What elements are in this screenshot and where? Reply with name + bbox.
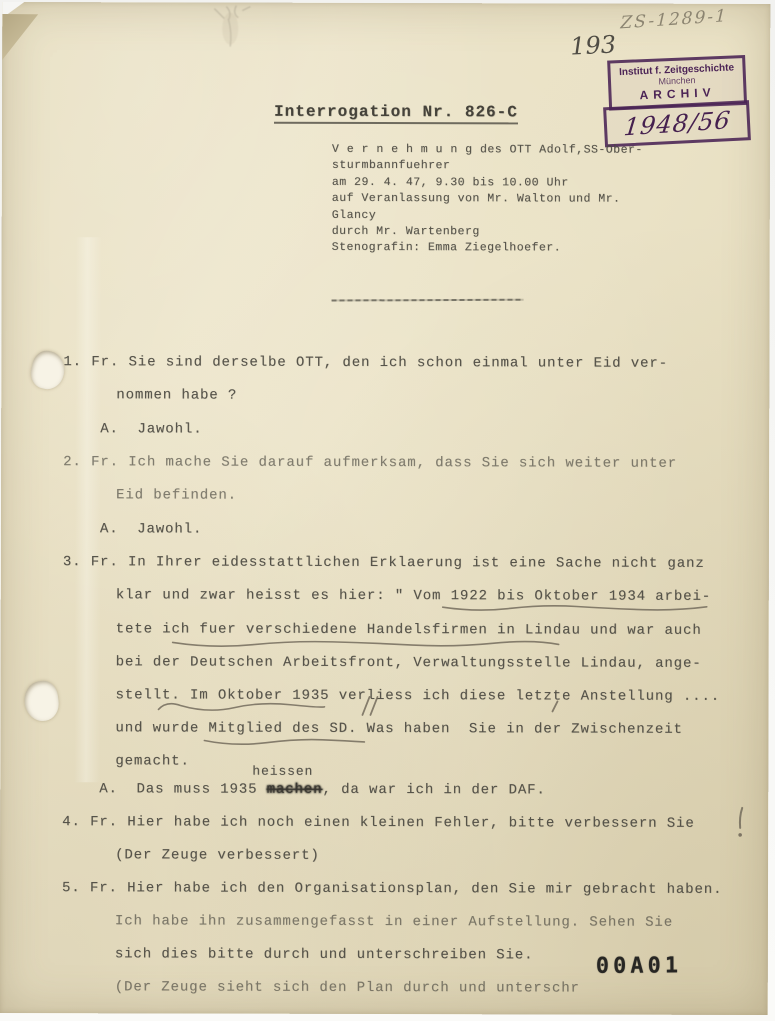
header-block: V e r n e h m u n g des OTT Adolf,SS-Obe…: [332, 142, 643, 258]
punch-hole: [28, 348, 68, 392]
pencil-underline-im-oktober-1935: [158, 703, 324, 710]
typed-line: 4. Fr. Hier habe ich noch einen kleinen …: [62, 814, 695, 832]
separator-line: [332, 299, 524, 302]
archive-stamp-city: München: [658, 75, 695, 87]
typed-line: A. Jawohl.: [100, 421, 202, 437]
document-title: Interrogation Nr. 826-C: [274, 103, 518, 125]
typed-line: (Der Zeuge sieht sich den Plan durch und…: [115, 979, 580, 996]
pencil-underline-handelsfirmen-lindau: [173, 641, 559, 647]
footer-stamp-number: 00A01: [596, 953, 682, 979]
punch-hole: [22, 679, 61, 723]
typed-line: gemacht.: [115, 753, 189, 769]
answer-text-post: , da war ich in der DAF.: [322, 782, 545, 799]
pencil-exclamation-mark: [740, 808, 742, 828]
corner-fold: [2, 14, 38, 60]
typed-line: 1. Fr. Sie sind derselbe OTT, den ich sc…: [63, 354, 668, 372]
pencil-reference-number: ZS-1289-1: [620, 6, 728, 33]
header-line: V e r n e h m u n g des OTT Adolf,SS-Obe…: [332, 142, 643, 159]
header-line: sturmbannfuehrer: [332, 158, 643, 175]
typed-line: sich dies bitte durch und unterschreiben…: [115, 946, 534, 963]
header-line: Glancy: [332, 207, 643, 224]
typed-line: klar und zwar heisst es hier: " Vom 1922…: [116, 587, 711, 605]
scanned-document: { "page": { "annotations": { "pencil_ref…: [0, 0, 775, 1021]
typed-line: bei der Deutschen Arbeitsfront, Verwaltu…: [116, 654, 702, 672]
typed-line: Ich habe ihn zusammengefasst in einer Au…: [115, 913, 673, 930]
typed-line: tete ich fuer verschiedene Handelsfirmen…: [116, 621, 702, 639]
header-line: durch Mr. Wartenberg: [332, 224, 643, 241]
archive-accession-number: 1948/56: [622, 106, 732, 141]
typed-line: 5. Fr. Hier habe ich den Organisationspl…: [62, 880, 722, 898]
typed-line: und wurde Mitglied des SD. Was haben Sie…: [115, 720, 682, 737]
typed-line-with-correction: A. Das muss 1935 machen, da war ich in d…: [99, 781, 546, 798]
pencil-smudge: [202, 3, 264, 49]
pencil-underline-oktober-1934: [443, 605, 707, 610]
typed-line: Eid befinden.: [116, 487, 237, 503]
typed-line: stellt. Im Oktober 1935 verliess ich die…: [115, 687, 720, 705]
typed-line: 3. Fr. In Ihrer eidesstattlichen Erklaer…: [63, 554, 705, 572]
document-page: ZS-1289-1 193 Institut f. Zeitgeschichte…: [0, 2, 770, 1015]
archive-stamp-label: ARCHIV: [639, 85, 716, 102]
header-line: auf Veranlassung von Mr. Walton und Mr.: [332, 191, 643, 208]
struck-word: machen: [267, 782, 323, 798]
header-line: am 29. 4. 47, 9.30 bis 10.00 Uhr: [332, 175, 643, 192]
pencil-page-number: 193: [570, 30, 617, 60]
typed-line: nommen habe ?: [116, 387, 237, 403]
answer-text-pre: A. Das muss 1935: [99, 781, 266, 797]
fold-streak: [74, 237, 101, 782]
typed-line: A. Jawohl.: [100, 521, 202, 537]
typed-insertion: heissen: [252, 764, 313, 779]
archive-stamp-number-box: 1948/56: [603, 100, 751, 147]
typed-line: 2. Fr. Ich mache Sie darauf aufmerksam, …: [63, 454, 677, 472]
header-line: Stenografin: Emma Ziegelhoefer.: [332, 240, 643, 257]
typed-line: (Der Zeuge verbessert): [115, 847, 320, 864]
pencil-exclamation-dot: [738, 833, 742, 837]
pencil-underline-mitglied-des-sd: [204, 739, 364, 744]
